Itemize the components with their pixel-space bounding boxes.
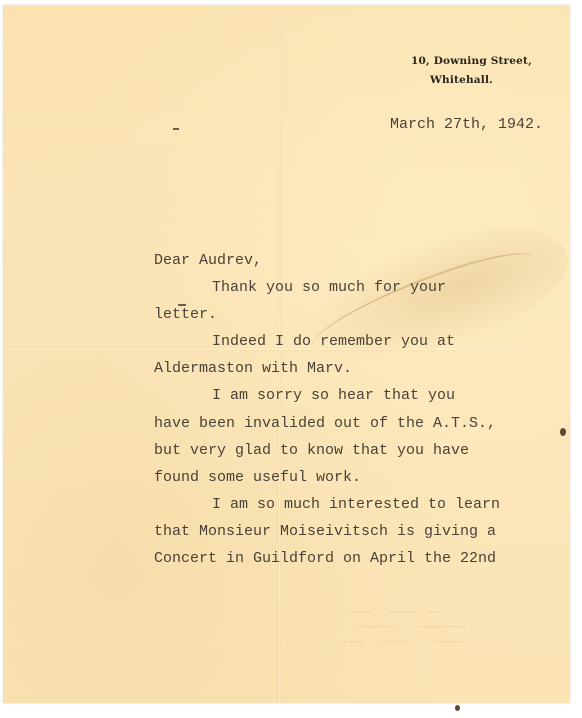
body-line: I am sorry so hear that you — [212, 388, 455, 403]
body-line: Thank you so much for your — [212, 280, 446, 295]
body-line: Concert in Guildford on April the 22nd — [154, 551, 496, 566]
body-line: that Monsieur Moiseivitsch is giving a — [154, 524, 496, 539]
letterhead-address-line2: Whitehall. — [430, 74, 493, 86]
ink-spot — [560, 428, 566, 436]
letterhead-address-line1: 10, Downing Street, — [411, 55, 532, 67]
body-line: but very glad to know that you have — [154, 443, 469, 458]
vertical-fold-line — [278, 5, 281, 703]
ink-mark — [173, 128, 179, 130]
salutation: Dear Audrev, — [154, 253, 262, 268]
bleed-through-text: ~~~ ~~~~ ~~ ~~~~~ ~~~~~~ ~~~ ~~~~ ~~~~ — [333, 605, 466, 650]
letter-date: March 27th, 1942. — [390, 117, 543, 132]
body-line: found some useful work. — [154, 470, 361, 485]
ink-spot — [455, 705, 460, 711]
body-line: letter. — [154, 307, 217, 322]
body-line: have been invalided out of the A.T.S., — [154, 416, 496, 431]
body-line: Aldermaston with Marv. — [154, 361, 352, 376]
body-line: I am so much interested to learn — [212, 497, 500, 512]
letter-paper: ~~~ ~~~~ ~~ ~~~~~ ~~~~~~ ~~~ ~~~~ ~~~~ — [3, 5, 570, 703]
body-line: Indeed I do remember you at — [212, 334, 455, 349]
